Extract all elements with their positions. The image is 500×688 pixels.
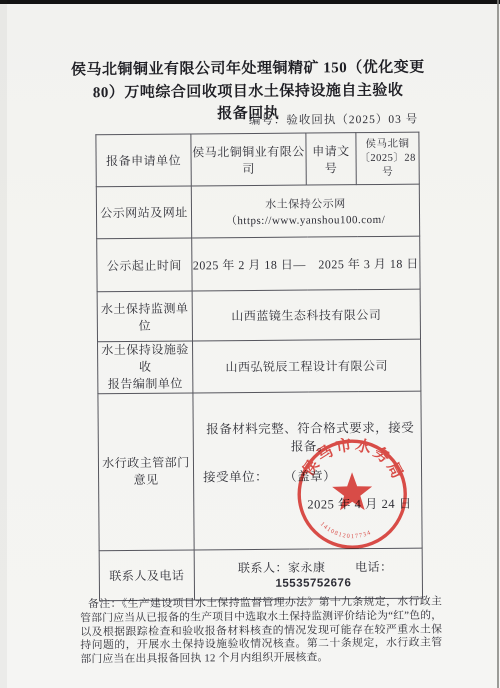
scan-right-edge — [497, 0, 499, 688]
row-publicity-period: 公示起止时间 2025 年 2 月 18 日— 2025 年 3 月 18 日 — [97, 236, 420, 292]
doc-no-line-2: 〔2025〕28 号 — [357, 151, 419, 179]
label-report-compiler-line2: 报告编制单位 — [98, 375, 192, 393]
value-contact: 联系人：家永康 电话： 15535752676 — [194, 548, 422, 600]
row-applicant: 报备申请单位 侯马北铜铜业有限公司 申请文号 侯马北铜 〔2025〕28 号 — [96, 132, 419, 187]
label-authority-line1: 水行政主管部门 — [99, 454, 193, 472]
value-applicant-unit: 侯马北铜铜业有限公司 — [191, 133, 306, 186]
svg-text:1410812017734: 1410812017734 — [319, 520, 373, 540]
value-report-compiler: 山西弘锐辰工程设计有限公司 — [193, 339, 421, 393]
row-report-compiler: 水土保持设施验收 报告编制单位 山西弘锐辰工程设计有限公司 — [98, 339, 421, 394]
row-contact: 联系人及电话 联系人：家永康 电话： 15535752676 — [99, 548, 422, 601]
label-application-doc-no: 申请文号 — [306, 133, 356, 185]
document-sheet: 侯马北铜铜业有限公司年处理铜精矿 150（优化变更 80）万吨综合回收项目水土保… — [0, 0, 500, 688]
label-contact: 联系人及电话 — [99, 550, 194, 601]
value-monitoring-unit: 山西蓝镜生态科技有限公司 — [192, 289, 420, 341]
seal-serial-text: 1410812017734 — [319, 520, 373, 540]
label-publicity-period: 公示起止时间 — [97, 238, 192, 292]
contact-person: 联系人：家永康 — [238, 560, 326, 575]
seal-hint-label: （盖章） — [284, 466, 336, 484]
scanned-page: 侯马北铜铜业有限公司年处理铜精矿 150（优化变更 80）万吨综合回收项目水土保… — [0, 0, 500, 688]
accept-unit-label: 接受单位： — [203, 467, 268, 486]
label-publicity-website: 公示网站及网址 — [96, 186, 191, 239]
row-monitoring-unit: 水土保持监测单位 山西蓝镜生态科技有限公司 — [97, 289, 420, 342]
doc-no-line-1: 侯马北铜 — [356, 137, 418, 151]
label-authority-opinion: 水行政主管部门 意见 — [98, 393, 194, 551]
value-authority-opinion: 报备材料完整、符合格式要求，接受报备。 接受单位： （盖章） 2025 年 4 … — [193, 391, 422, 550]
value-application-doc-no: 侯马北铜 〔2025〕28 号 — [356, 132, 419, 184]
opinion-text: 报备材料完整、符合格式要求，接受报备。 — [203, 418, 418, 456]
label-authority-line2: 意见 — [99, 471, 193, 489]
row-authority-opinion: 水行政主管部门 意见 报备材料完整、符合格式要求，接受报备。 接受单位： （盖章… — [98, 391, 422, 551]
row-publicity-website: 公示网站及网址 水土保持公示网（https://www.yanshou100.c… — [96, 184, 419, 239]
label-applicant-unit: 报备申请单位 — [96, 134, 191, 187]
title-line-1: 侯马北铜铜业有限公司年处理铜精矿 150（优化变更 — [63, 57, 433, 82]
footnote-remark: 备注：《生产建设项目水土保持监督管理办法》第十九条规定，水行政主管部门应当从已报… — [80, 595, 443, 667]
title-line-2: 80）万吨综合回收项目水土保持设施自主验收 — [63, 79, 433, 104]
value-publicity-period: 2025 年 2 月 18 日— 2025 年 3 月 18 日 — [192, 236, 420, 291]
doc-number: 编号：验收回执（2025）03 号 — [48, 111, 418, 130]
label-monitoring-unit: 水土保持监测单位 — [97, 291, 192, 342]
label-report-compiler: 水土保持设施验收 报告编制单位 — [98, 341, 193, 394]
report-receipt-table: 报备申请单位 侯马北铜铜业有限公司 申请文号 侯马北铜 〔2025〕28 号 公… — [95, 132, 423, 602]
phone-label: 电话： — [355, 559, 393, 573]
value-publicity-website: 水土保持公示网（https://www.yanshou100.com/ — [191, 184, 419, 238]
phone-number: 15535752676 — [275, 577, 351, 590]
label-report-compiler-line1: 水土保持设施验收 — [98, 341, 192, 376]
opinion-date: 2025 年 4 月 24 日 — [307, 494, 412, 513]
